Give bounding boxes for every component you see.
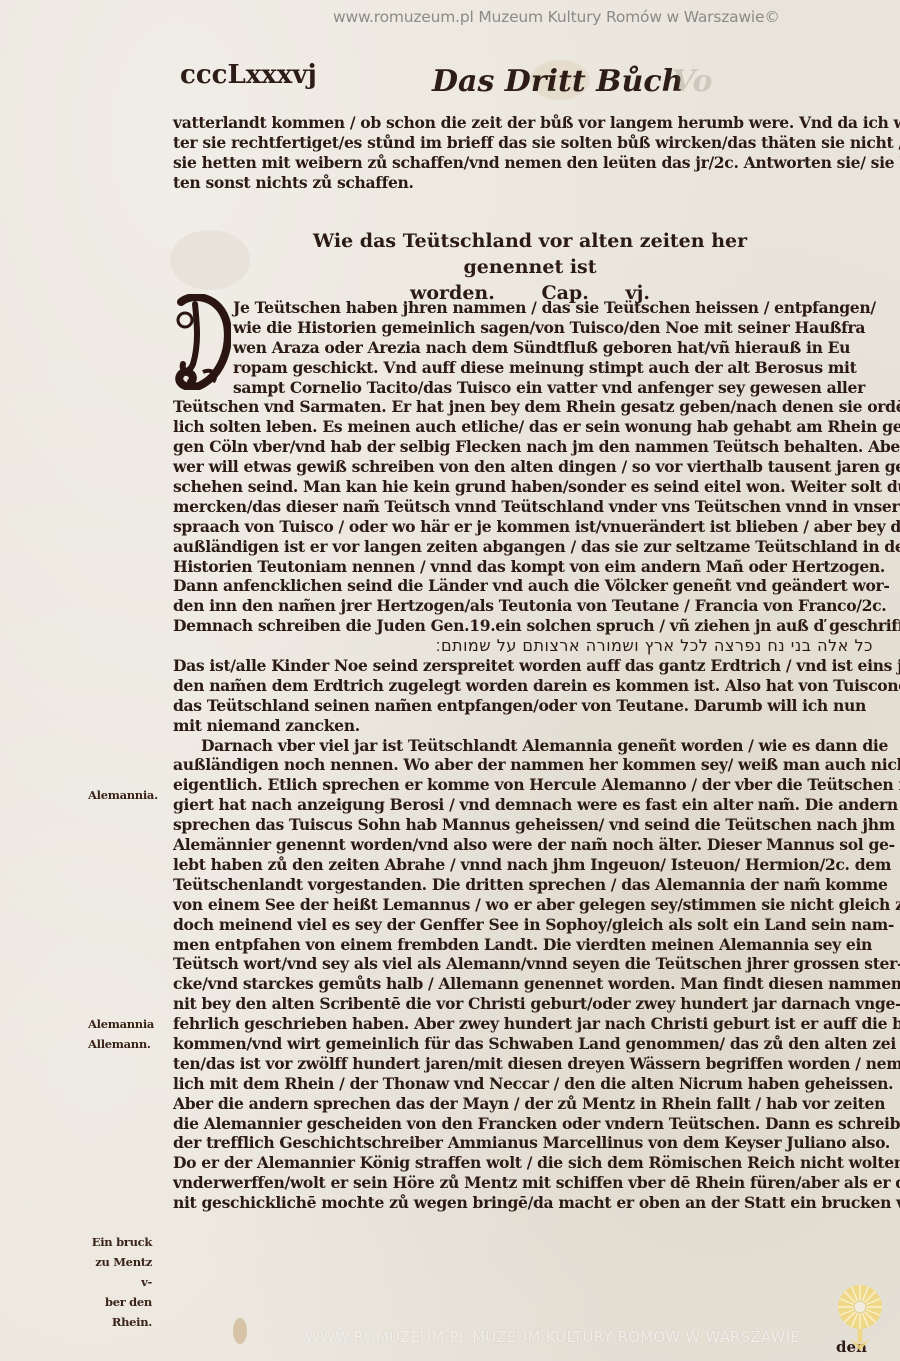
show-through-text: Vo (672, 64, 713, 99)
text-line: außländigen noch nennen. Wo aber der nam… (173, 755, 873, 775)
text-line: nit bey den alten Scribentē die vor Chri… (173, 994, 873, 1014)
main-paragraph: Je Teütschen haben jhren nammen / das si… (173, 298, 873, 1213)
text-line: Teütschen vnd Sarmaten. Er hat jnen bey … (173, 397, 873, 417)
text-line: fehrlich geschrieben haben. Aber zwey hu… (173, 1014, 873, 1034)
text-line: wer will etwas gewiß schreiben von den a… (173, 457, 873, 477)
chapter-title-line1: Wie das Teütschland vor alten zeiten her… (270, 228, 790, 280)
text-line: cke/vnd starckes gemůts halb / Allemann … (173, 974, 873, 994)
margin-note-line: Alemannia (88, 1015, 154, 1035)
text-line: mit niemand zancken. (173, 716, 873, 736)
text-line: Dann anfencklichen seind die Länder vnd … (173, 576, 873, 596)
margin-note-line: Rhein. (86, 1313, 152, 1333)
text-line: vatterlandt kommen / ob schon die zeit d… (173, 113, 873, 133)
text-line: Das ist/alle Kinder Noe seind zerspreite… (173, 656, 873, 676)
text-line: giert hat nach anzeigung Berosi / vnd de… (173, 795, 873, 815)
yellow-flower-wheel-icon (836, 1283, 884, 1355)
text-line: ten sonst nichts zů schaffen. (173, 173, 873, 193)
text-line: doch meinend viel es sey der Genffer See… (173, 915, 873, 935)
folio-number: cccLxxxvj (180, 60, 317, 90)
text-line: wie die Historien gemeinlich sagen/von T… (173, 318, 873, 338)
text-line: gen Cöln vber/vnd hab der selbig Flecken… (173, 437, 873, 457)
paper-stain (233, 1318, 247, 1344)
text-line: lich mit dem Rhein / der Thonaw vnd Necc… (173, 1074, 873, 1094)
text-line: Aber die andern sprechen das der Mayn / … (173, 1094, 873, 1114)
watermark-bottom: WWW.ROMUZEUM.PL MUZEUM KULTURY ROMÓW W W… (305, 1328, 800, 1346)
text-line: ten/das ist vor zwölff hundert jaren/mit… (173, 1054, 873, 1074)
text-line: der trefflich Geschichtschreiber Ammianu… (173, 1133, 873, 1153)
text-line: lebt haben zů den zeiten Abrahe / vnnd n… (173, 855, 873, 875)
text-line: Darnach vber viel jar ist Teütschlandt A… (173, 736, 873, 756)
text-line: Historien Teutoniam nennen / vnnd das ko… (173, 557, 873, 577)
text-line: Teütsch wort/vnd sey als viel als Aleman… (173, 954, 873, 974)
margin-note-line: Ein bruck (86, 1233, 152, 1253)
margin-note-line: Allemann. (88, 1035, 154, 1055)
margin-note-alemannia-allemann: Alemannia Allemann. (88, 1015, 154, 1055)
hebrew-quote: כל אלה בני נח נפרצה לכל ארץ ושמורה ארצות… (173, 636, 873, 656)
text-line: Alemännier genennt worden/vnd also were … (173, 835, 873, 855)
text-line: Do er der Alemannier König straffen wolt… (173, 1153, 873, 1173)
text-line: schehen seind. Man kan hie kein grund ha… (173, 477, 873, 497)
text-line: von einem See der heißt Lemannus / wo er… (173, 895, 873, 915)
text-line: eigentlich. Etlich sprechen er komme von… (173, 775, 873, 795)
text-line: spraach von Tuisco / oder wo här er je k… (173, 517, 873, 537)
text-line: vnderwerffen/wolt er sein Höre zů Mentz … (173, 1173, 873, 1193)
margin-note-ein-bruck: Ein bruck zu Mentz v- ber den Rhein. (86, 1233, 152, 1333)
text-line: nit geschicklichē mochte zů wegen bringē… (173, 1193, 873, 1213)
paper-stain (170, 230, 250, 290)
museum-logo (836, 1283, 884, 1359)
chapter-heading: Wie das Teütschland vor alten zeiten her… (270, 228, 790, 306)
text-line: lich solten leben. Es meinen auch etlich… (173, 417, 873, 437)
text-line: außländigen ist er vor langen zeiten abg… (173, 537, 873, 557)
text-line: die Alemannier gescheiden von den Franck… (173, 1114, 873, 1134)
text-line: Teütschenlandt vorgestanden. Die dritten… (173, 875, 873, 895)
text-line: ter sie rechtfertiget/es stůnd im brieff… (173, 133, 873, 153)
text-line: Demnach schreiben die Juden Gen.19.ein s… (173, 616, 873, 636)
watermark-top: www.romuzeum.pl Muzeum Kultury Romów w W… (333, 8, 893, 26)
text-line: men entpfahen von einem frembden Landt. … (173, 935, 873, 955)
text-line: sampt Cornelio Tacito/das Tuisco ein vat… (173, 378, 873, 398)
text-line: den nam̃en dem Erdtrich zugelegt worden … (173, 676, 873, 696)
text-line: sprechen das Tuiscus Sohn hab Mannus geh… (173, 815, 873, 835)
text-line: den inn den nam̃en jrer Hertzogen/als Te… (173, 596, 873, 616)
text-line: sie hetten mit weibern zů schaffen/vnd n… (173, 153, 873, 173)
intro-paragraph: vatterlandt kommen / ob schon die zeit d… (173, 113, 873, 193)
text-line: mercken/das dieser nam̃ Teütsch vnnd Teü… (173, 497, 873, 517)
text-line: kommen/vnd wirt gemeinlich für das Schwa… (173, 1034, 873, 1054)
text-line: Je Teütschen haben jhren nammen / das si… (173, 298, 873, 318)
margin-note-alemannia: Alemannia. (88, 786, 158, 806)
text-line: das Teütschland seinen nam̃en entpfangen… (173, 696, 873, 716)
margin-note-line: ber den (86, 1293, 152, 1313)
margin-note-line: zu Mentz v- (86, 1253, 152, 1293)
text-line: ropam geschickt. Vnd auff diese meinung … (173, 358, 873, 378)
running-head: Das Dritt Bůch (432, 64, 683, 99)
text-line: wen Araza oder Arezia nach dem Sündtfluß… (173, 338, 873, 358)
